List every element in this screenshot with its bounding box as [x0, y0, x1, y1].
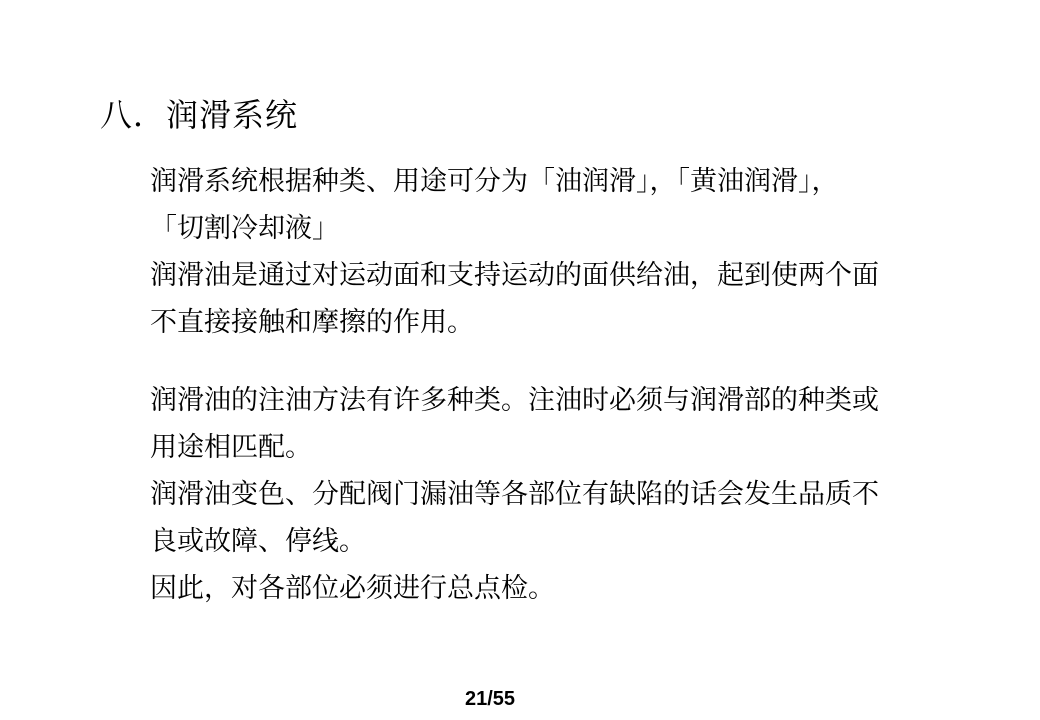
body-line: 润滑油是通过对运动面和支持运动的面供给油，起到使两个面	[150, 252, 920, 299]
slide-body: 润滑系统根据种类、用途可分为「油润滑」，「黄油润滑」， 「切割冷却液」 润滑油是…	[150, 158, 920, 612]
body-line: 「切割冷却液」	[150, 205, 920, 252]
page-number: 21/55	[465, 688, 515, 710]
body-line: 润滑系统根据种类、用途可分为「油润滑」，「黄油润滑」，	[150, 158, 920, 205]
body-line: 润滑油的注油方法有许多种类。注油时必须与润滑部的种类或	[150, 377, 920, 424]
body-line: 润滑油变色、分配阀门漏油等各部位有缺陷的话会发生品质不	[150, 471, 920, 518]
body-line: 因此，对各部位必须进行总点检。	[150, 565, 920, 612]
body-line: 用途相匹配。	[150, 424, 920, 471]
body-line: 良或故障、停线。	[150, 518, 920, 565]
body-line: 不直接接触和摩擦的作用。	[150, 299, 920, 346]
slide: 八．润滑系统 润滑系统根据种类、用途可分为「油润滑」，「黄油润滑」， 「切割冷却…	[0, 0, 1040, 720]
slide-title: 八．润滑系统	[100, 95, 298, 135]
body-blank-line	[150, 346, 920, 377]
